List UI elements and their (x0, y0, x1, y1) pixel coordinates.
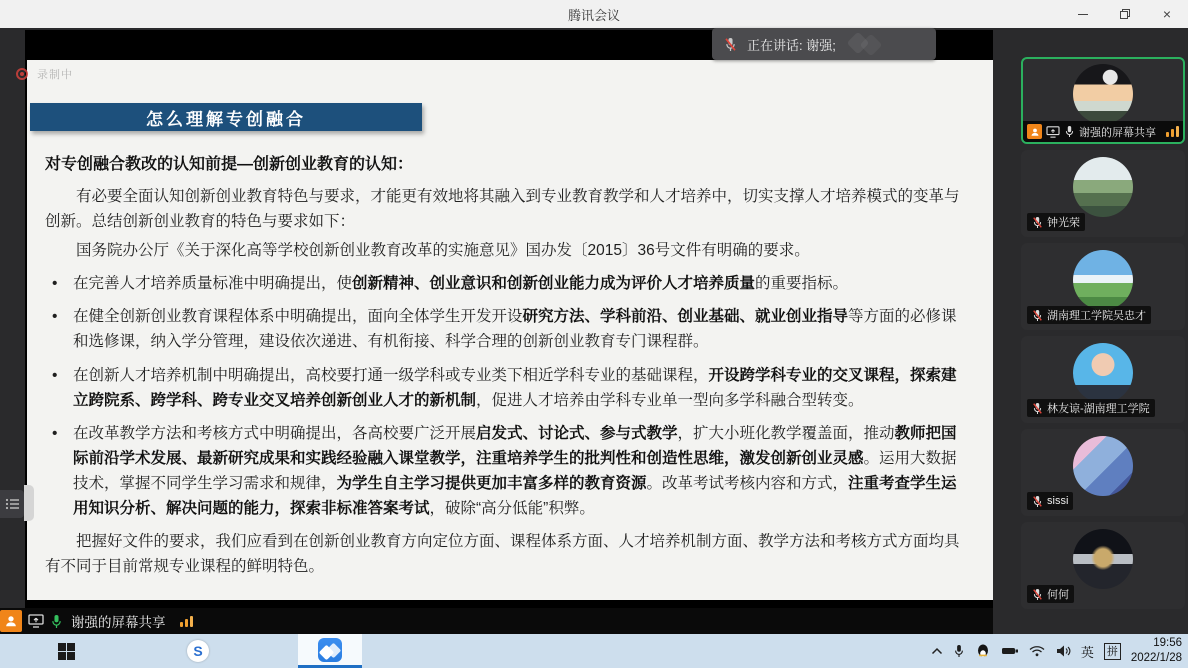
tencent-meeting-icon (318, 638, 342, 662)
start-button[interactable] (48, 634, 84, 668)
participant-list: 谢强的屏幕共享钟光荣湖南理工学院吴忠才林友谅-湖南理工学院sissi何何 (1018, 30, 1188, 634)
device-icon[interactable] (1001, 645, 1019, 657)
avatar (1073, 64, 1133, 124)
recording-icon (16, 68, 28, 80)
participant-name: 谢强的屏幕共享 (1079, 124, 1156, 140)
participant-name: 湖南理工学院吴忠才 (1047, 307, 1146, 323)
avatar (1073, 436, 1133, 496)
participant-name: 林友谅-湖南理工学院 (1047, 400, 1150, 416)
bullet-marker: • (52, 271, 57, 296)
muted-mic-icon (1032, 495, 1043, 508)
speaking-banner: 正在讲话: 谢强; (712, 28, 936, 60)
recording-label: 录制中 (37, 66, 73, 82)
list-icon (5, 497, 20, 511)
speaking-text: 正在讲话: 谢强; (747, 35, 836, 54)
ime-language-indicator[interactable]: 英 (1081, 642, 1094, 661)
muted-mic-icon (1032, 216, 1043, 229)
participant-tile[interactable]: 谢强的屏幕共享 (1021, 57, 1185, 144)
participant-tile[interactable]: 湖南理工学院吴忠才 (1021, 243, 1185, 330)
taskbar: S (0, 634, 1188, 668)
qq-icon[interactable] (975, 643, 991, 659)
avatar (1073, 529, 1133, 589)
participant-label: 谢强的屏幕共享 (1023, 121, 1183, 142)
tray-time: 19:56 (1131, 636, 1182, 651)
hidden-icons-chevron[interactable] (931, 647, 943, 655)
participant-label: 何何 (1027, 585, 1074, 603)
screen-share-icon (28, 614, 44, 628)
slide-paragraph: 国务院办公厅《关于深化高等学校创新创业教育改革的实施意见》国办发〔2015〕36… (45, 238, 967, 263)
bullet-marker: • (52, 304, 57, 329)
slide-paragraph: 把握好文件的要求，我们应看到在创新创业教育方向定位方面、课程体系方面、人才培养机… (45, 529, 967, 579)
window-titlebar: 腾讯会议 × (0, 0, 1188, 28)
slide-bullet: •在健全创新创业教育课程体系中明确提出，面向全体学生开发开设研究方法、学科前沿、… (45, 304, 967, 354)
participant-tile[interactable]: 何何 (1021, 522, 1185, 609)
share-label: 谢强的屏幕共享 (71, 611, 166, 631)
slide-body: 对专创融合教改的认知前提—创新创业教育的认知：有必要全面认知创新创业教育特色与要… (45, 152, 967, 583)
share-info-bar: 谢强的屏幕共享 (0, 608, 993, 634)
minimize-button[interactable] (1062, 0, 1104, 28)
participant-name: 钟光荣 (1047, 214, 1080, 230)
sogou-input-button[interactable]: S (180, 634, 216, 668)
system-tray: 英 拼 19:56 2022/1/28 (931, 634, 1182, 668)
participant-tile[interactable]: sissi (1021, 429, 1185, 516)
sogou-icon: S (187, 640, 209, 662)
close-button[interactable]: × (1146, 0, 1188, 28)
ime-pinyin-indicator[interactable]: 拼 (1104, 643, 1121, 660)
tencent-meeting-app-button[interactable] (298, 634, 362, 668)
person-badge-icon (0, 610, 22, 632)
participant-tile[interactable]: 林友谅-湖南理工学院 (1021, 336, 1185, 423)
slide-bullet: •在创新人才培养机制中明确提出，高校要打通一级学科或专业类下相近学科专业的基础课… (45, 363, 967, 413)
screen-share-icon (1046, 126, 1060, 138)
meeting-watermark-logo (850, 35, 890, 53)
mic-on-icon (50, 614, 63, 629)
avatar (1073, 157, 1133, 217)
meeting-main-area: 怎么理解专创融合 对专创融合教改的认知前提—创新创业教育的认知：有必要全面认知创… (0, 28, 1188, 634)
avatar (1073, 343, 1133, 403)
restore-button[interactable] (1104, 0, 1146, 28)
wifi-icon[interactable] (1029, 645, 1045, 657)
panel-drag-tab[interactable] (24, 485, 34, 521)
muted-mic-icon (1032, 402, 1043, 415)
tray-clock[interactable]: 19:56 2022/1/28 (1131, 636, 1182, 666)
muted-mic-icon (724, 37, 737, 52)
mic-icon (1064, 125, 1075, 138)
presentation-slide: 怎么理解专创融合 对专创融合教改的认知前提—创新创业教育的认知：有必要全面认知创… (27, 60, 993, 600)
participant-label: 湖南理工学院吴忠才 (1027, 306, 1151, 324)
slide-bullet: •在改革教学方法和考核方式中明确提出，各高校要广泛开展启发式、讨论式、参与式教学… (45, 421, 967, 521)
signal-icon (180, 615, 193, 627)
participant-label: sissi (1027, 492, 1073, 510)
muted-mic-icon (1032, 588, 1043, 601)
recording-indicator: 录制中 (16, 66, 73, 82)
slide-heading: 对专创融合教改的认知前提—创新创业教育的认知： (45, 152, 967, 178)
person-badge-icon (1027, 124, 1042, 139)
participant-tile[interactable]: 钟光荣 (1021, 150, 1185, 237)
annotation-toolbar-handle[interactable] (0, 490, 24, 518)
participant-label: 钟光荣 (1027, 213, 1085, 231)
restore-icon (1119, 8, 1131, 20)
participant-name: 何何 (1047, 586, 1069, 602)
bullet-marker: • (52, 363, 57, 388)
volume-icon[interactable] (1055, 644, 1071, 658)
windows-logo-icon (58, 643, 75, 660)
signal-icon (1166, 126, 1179, 137)
shared-screen: 怎么理解专创融合 对专创融合教改的认知前提—创新创业教育的认知：有必要全面认知创… (25, 30, 993, 608)
slide-bullet: •在完善人才培养质量标准中明确提出，使创新精神、创业意识和创新创业能力成为评价人… (45, 271, 967, 296)
slide-paragraph: 有必要全面认知创新创业教育特色与要求，才能更有效地将其融入到专业教育教学和人才培… (45, 184, 967, 234)
participant-name: sissi (1047, 495, 1068, 507)
window-title: 腾讯会议 (568, 5, 620, 24)
slide-title-banner: 怎么理解专创融合 (30, 103, 422, 131)
tray-mic-icon[interactable] (953, 643, 965, 659)
bullet-marker: • (52, 421, 57, 446)
avatar (1073, 250, 1133, 310)
participant-label: 林友谅-湖南理工学院 (1027, 399, 1155, 417)
tray-date: 2022/1/28 (1131, 651, 1182, 666)
muted-mic-icon (1032, 309, 1043, 322)
